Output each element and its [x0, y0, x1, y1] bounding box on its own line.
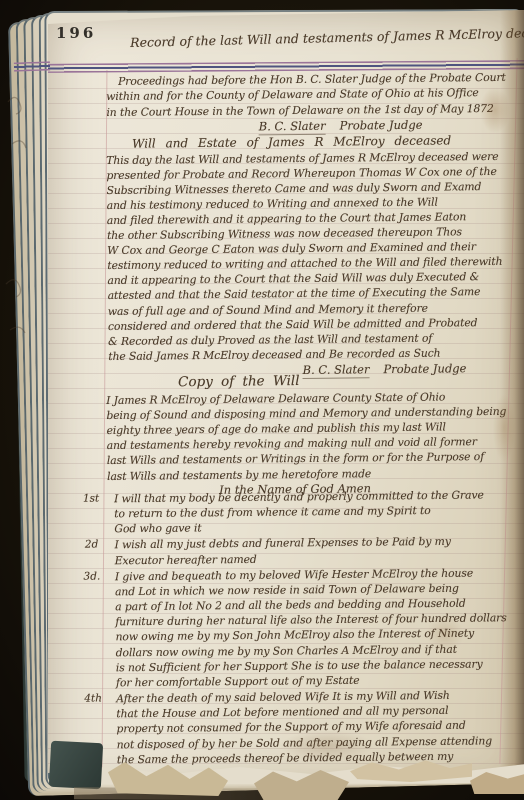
judge-signature: B. C. Slater [259, 119, 326, 136]
page-number: 196 [56, 24, 96, 42]
page-header-title: Record of the last Will and testaments o… [130, 25, 524, 50]
item-lines: I wish all my just debts and funeral Exp… [114, 534, 496, 568]
will-preamble-lines: I James R McElroy of Delaware Delaware C… [106, 389, 507, 484]
probate-ledger-photo: 196 Record of the last Will and testamen… [0, 0, 524, 800]
will-item-1: 1st I will that my body be decently and … [48, 487, 496, 537]
judge-title: Probate Judge [339, 118, 422, 133]
proceedings-entry: Proceedings had before the Hon B. C. Sla… [106, 70, 509, 137]
age-spot [418, 608, 472, 660]
edge-writing-marks [2, 84, 46, 374]
will-item-2: 2d I wish all my just debts and funeral … [48, 534, 496, 569]
age-spot [488, 380, 520, 476]
item-marker: 3d. [75, 569, 109, 585]
age-spot [262, 724, 392, 768]
ledger-page: 196 Record of the last Will and testamen… [48, 10, 524, 794]
will-copy-heading: Copy of the Will [178, 372, 506, 391]
will-copy-section: Copy of the Will I James R McElroy of De… [106, 372, 507, 499]
item-marker: 1st [74, 491, 108, 507]
age-spot [474, 78, 516, 142]
estate-lines: This day the last Will and testaments of… [106, 149, 512, 364]
proceedings-lines: Proceedings had before the Hon B. C. Sla… [106, 70, 508, 120]
item-lines: I will that my body be decently and prop… [114, 487, 496, 536]
estate-entry: Will and Estate of James R McElroy decea… [106, 133, 513, 380]
item-marker: 4th [76, 691, 110, 707]
item-marker: 2d [74, 538, 108, 554]
ruled-line-over-edges [14, 61, 50, 71]
right-margin-line [499, 58, 517, 764]
book-cover-corner [49, 741, 103, 790]
